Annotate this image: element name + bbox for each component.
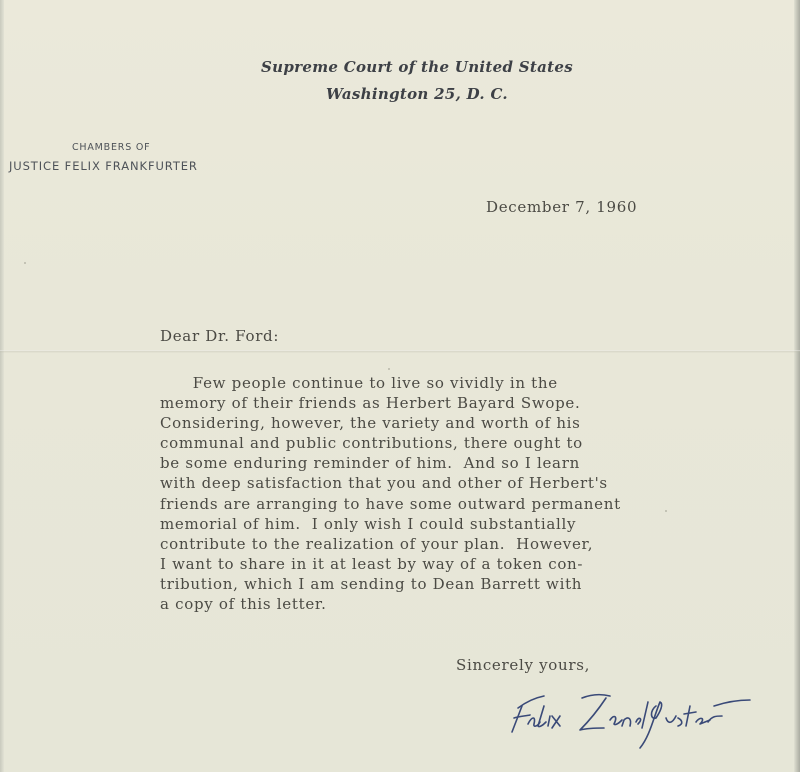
body-line: friends are arranging to have some outwa…: [160, 494, 621, 514]
salutation: Dear Dr. Ford:: [160, 327, 279, 345]
closing: Sincerely yours,: [456, 656, 590, 674]
letterhead-address: Washington 25, D. C.: [17, 85, 800, 103]
body-line: communal and public contributions, there…: [160, 433, 621, 453]
letter-date: December 7, 1960: [486, 198, 637, 216]
paper-edge-left: [0, 0, 4, 772]
body-line: with deep satisfaction that you and othe…: [160, 473, 621, 493]
body-line: be some enduring reminder of him. And so…: [160, 453, 621, 473]
body-line: I want to share in it at least by way of…: [160, 554, 621, 574]
letter-paper: Supreme Court of the United States Washi…: [0, 0, 800, 772]
chambers-justice-name: JUSTICE FELIX FRANKFURTER: [9, 159, 198, 173]
body-line: Considering, however, the variety and wo…: [160, 413, 621, 433]
letterhead-court-name: Supreme Court of the United States: [17, 58, 800, 76]
body-line: a copy of this letter.: [160, 594, 621, 614]
body-line: memorial of him. I only wish I could sub…: [160, 514, 621, 534]
signature-icon: [500, 676, 760, 756]
paper-speck: [388, 368, 390, 370]
paper-speck: [24, 262, 26, 264]
paper-fold-line: [0, 350, 800, 353]
paper-edge-right: [794, 0, 800, 772]
paper-speck: [665, 510, 667, 512]
letter-body: Few people continue to live so vividly i…: [160, 373, 621, 614]
body-line: memory of their friends as Herbert Bayar…: [160, 393, 621, 413]
body-line: contribute to the realization of your pl…: [160, 534, 621, 554]
body-line: tribution, which I am sending to Dean Ba…: [160, 574, 621, 594]
body-line: Few people continue to live so vividly i…: [160, 373, 621, 393]
chambers-label: CHAMBERS OF: [72, 142, 150, 153]
handwritten-signature: [500, 676, 760, 756]
